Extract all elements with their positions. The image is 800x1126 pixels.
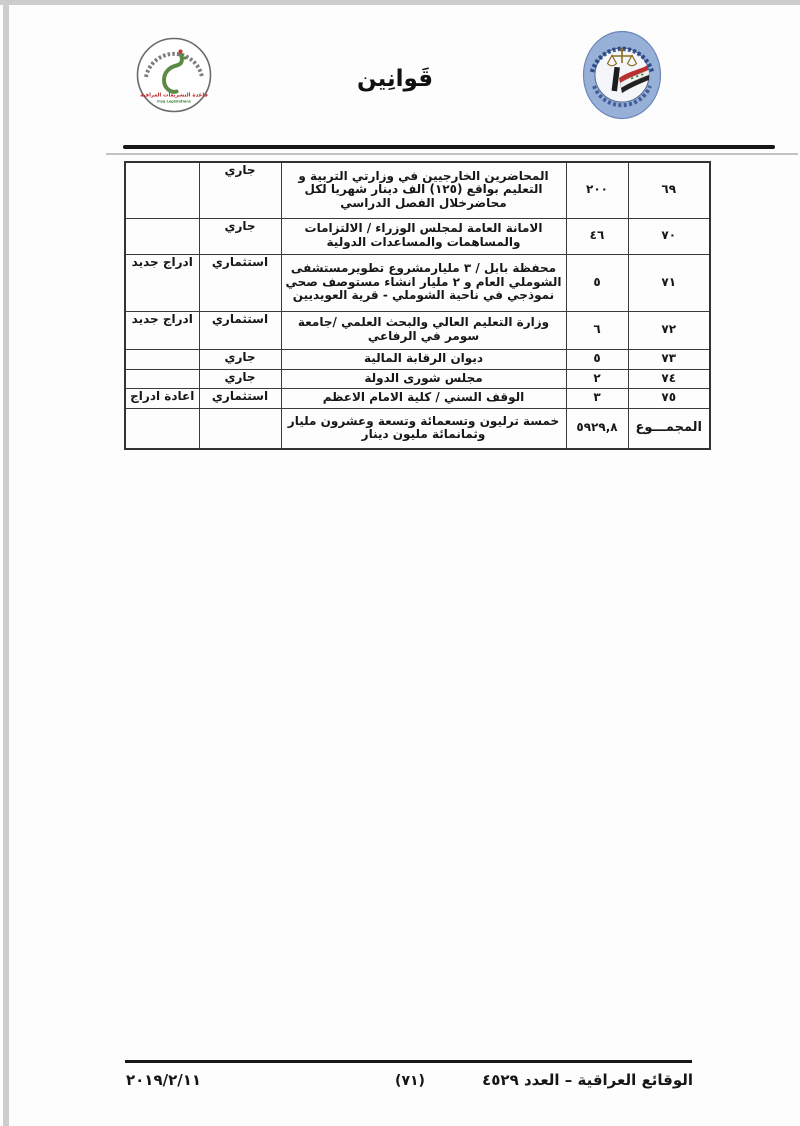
scan-edge-left — [3, 0, 9, 1126]
cell-status — [199, 408, 281, 449]
cell-description: وزارة التعليم العالي والبحث العلمي /جامع… — [281, 311, 566, 349]
cell-status: جاري — [199, 218, 281, 254]
page-title: قَوانِين — [310, 66, 480, 92]
table-row: ٧١ ٥ محفظة بابل / ٣ مليارمشروع تطويرمستش… — [125, 254, 710, 311]
cell-amount: ٥ — [566, 349, 628, 369]
emblem-caption-arabic: قاعدة التشريعات العراقية — [140, 93, 208, 99]
cell-status: جاري — [199, 369, 281, 388]
table-row: ٧٣ ٥ ديوان الرقابة المالية جاري — [125, 349, 710, 369]
cell-no: ٧٢ — [628, 311, 710, 349]
cell-status: استثماري — [199, 311, 281, 349]
footer-rule — [125, 1060, 692, 1063]
table-row: ٧٥ ٣ الوقف السني / كلية الامام الاعظم اس… — [125, 388, 710, 408]
cell-description: المحاضرين الخارجيين في وزارتي التربية و … — [281, 162, 566, 218]
header-rule-thin — [106, 153, 798, 155]
header-rule-thick — [123, 145, 775, 149]
cell-description: مجلس شورى الدولة — [281, 369, 566, 388]
footer-date: ٢٠١٩/٢/١١ — [126, 1071, 201, 1089]
cell-description: ديوان الرقابة المالية — [281, 349, 566, 369]
cell-no: ٧٥ — [628, 388, 710, 408]
cell-amount: ٦ — [566, 311, 628, 349]
cell-description: الوقف السني / كلية الامام الاعظم — [281, 388, 566, 408]
cell-no: ٧٠ — [628, 218, 710, 254]
cell-description: خمسة ترليون وتسعمائة وتسعة وعشرون مليار … — [281, 408, 566, 449]
cell-amount: ٣ — [566, 388, 628, 408]
cell-note: ادراج جديد — [125, 311, 199, 349]
cell-note: ادراج جديد — [125, 254, 199, 311]
cell-note: اعادة ادراج — [125, 388, 199, 408]
cell-status: استثماري — [199, 388, 281, 408]
cell-status: استثماري — [199, 254, 281, 311]
cell-no: ٧٣ — [628, 349, 710, 369]
gazette-page: { "page": { "title": "قَوانِين" }, "logo… — [0, 0, 800, 1126]
table-row: المجمـــوع ٥٩٢٩,٨ خمسة ترليون وتسعمائة و… — [125, 408, 710, 449]
table-row: ٧٢ ٦ وزارة التعليم العالي والبحث العلمي … — [125, 311, 710, 349]
table-row: ٦٩ ٢٠٠ المحاضرين الخارجيين في وزارتي الت… — [125, 162, 710, 218]
budget-table-body: ٦٩ ٢٠٠ المحاضرين الخارجيين في وزارتي الت… — [125, 162, 710, 449]
footer-gazette-title: الوقائع العراقية – العدد ٤٥٢٩ — [482, 1071, 693, 1089]
table-row: ٧٠ ٤٦ الامانة العامة لمجلس الوزراء / الا… — [125, 218, 710, 254]
emblem-dot-green — [183, 56, 186, 59]
emblem-caption-english: Iraq Legislations — [157, 100, 191, 104]
cell-amount: ٢٠٠ — [566, 162, 628, 218]
cell-no: المجمـــوع — [628, 408, 710, 449]
emblem-dot-red — [178, 49, 182, 53]
iraq-legislations-logo: قاعدة التشريعات العراقية Iraq Legislatio… — [135, 36, 213, 114]
cell-no: ٦٩ — [628, 162, 710, 218]
cell-note — [125, 369, 199, 388]
table-row: ٧٤ ٢ مجلس شورى الدولة جاري — [125, 369, 710, 388]
cell-no: ٧٤ — [628, 369, 710, 388]
cell-note — [125, 162, 199, 218]
cell-no: ٧١ — [628, 254, 710, 311]
footer-page-number: (٧١) — [378, 1073, 442, 1089]
cell-note — [125, 408, 199, 449]
cell-amount: ٥٩٢٩,٨ — [566, 408, 628, 449]
cell-description: الامانة العامة لمجلس الوزراء / الالتزاما… — [281, 218, 566, 254]
cell-status: جاري — [199, 349, 281, 369]
cell-note — [125, 218, 199, 254]
ministry-of-justice-logo — [582, 30, 662, 120]
cell-note — [125, 349, 199, 369]
cell-status: جاري — [199, 162, 281, 218]
cell-amount: ٥ — [566, 254, 628, 311]
cell-amount: ٤٦ — [566, 218, 628, 254]
scan-edge-top — [0, 0, 800, 5]
cell-description: محفظة بابل / ٣ مليارمشروع تطويرمستشفى ال… — [281, 254, 566, 311]
cell-amount: ٢ — [566, 369, 628, 388]
budget-table: ٦٩ ٢٠٠ المحاضرين الخارجيين في وزارتي الت… — [124, 161, 711, 450]
